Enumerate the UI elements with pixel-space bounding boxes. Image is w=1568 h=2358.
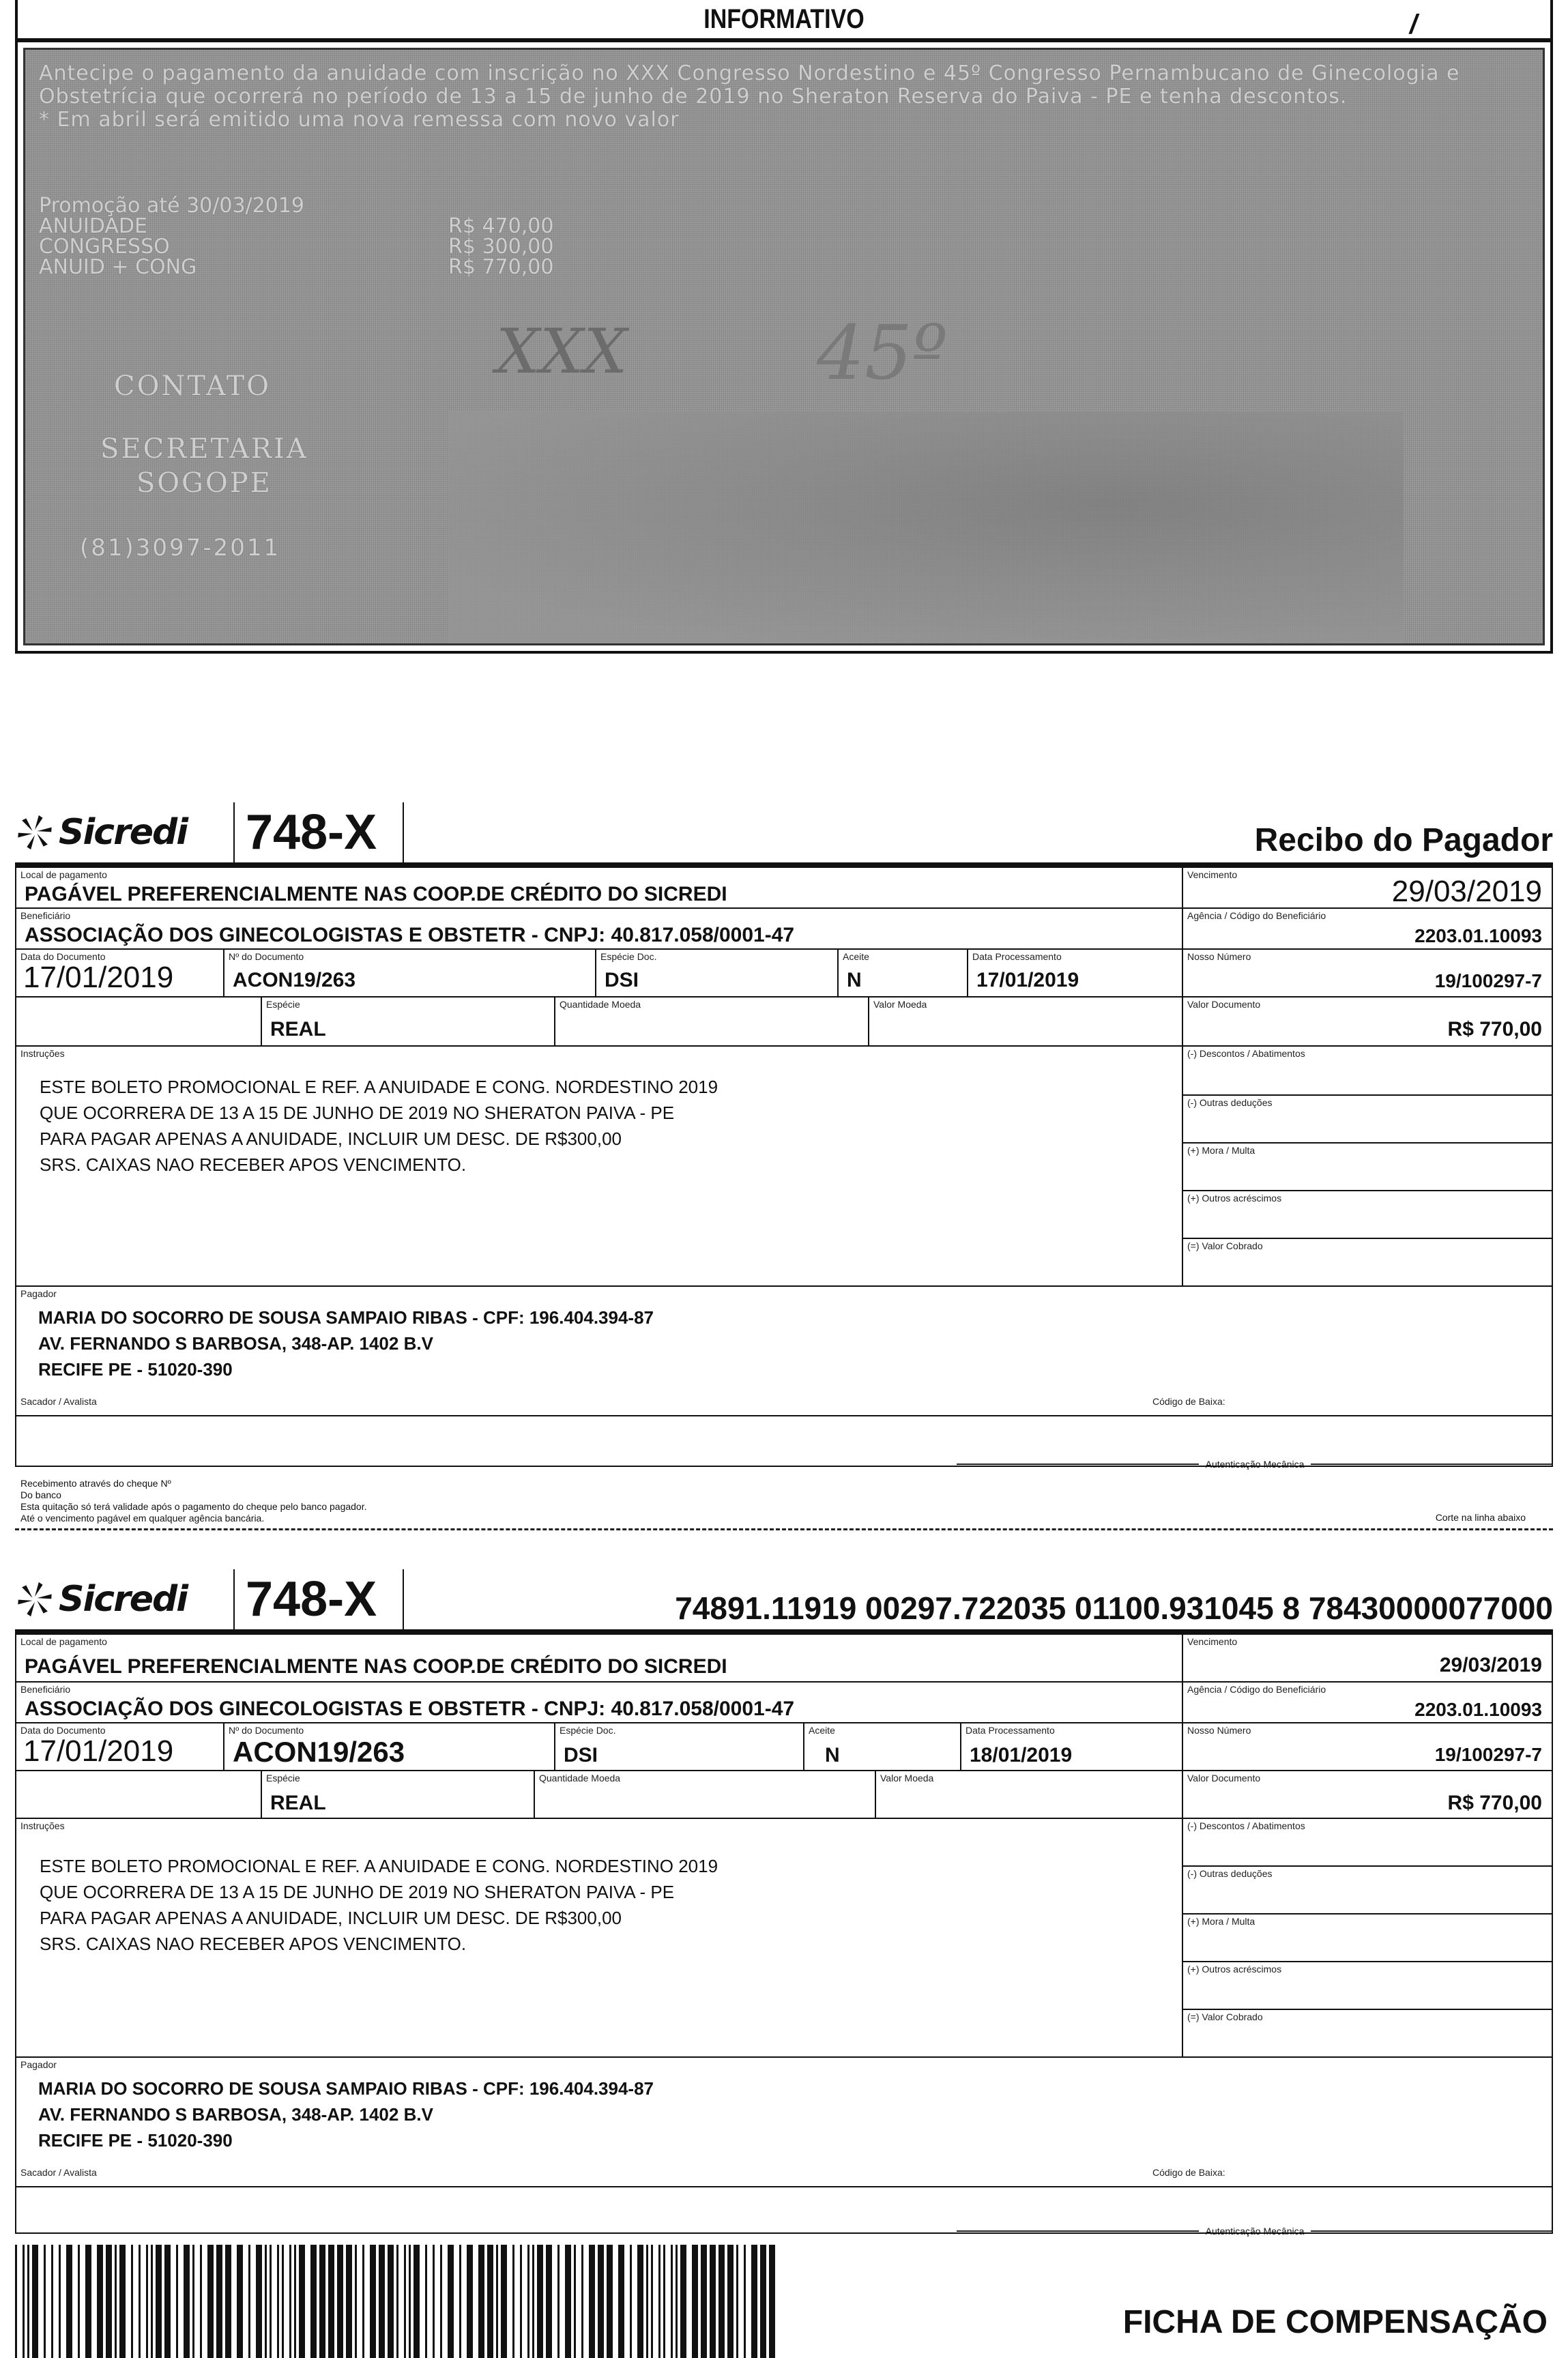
pagador-info: MARIA DO SOCORRO DE SOUSA SAMPAIO RIBAS …	[38, 2076, 654, 2153]
field-num-documento: Nº do Documento ACON19/263	[224, 1723, 555, 1771]
field-local-pagamento: Local de pagamento PAGÁVEL PREFERENCIALM…	[16, 868, 1183, 909]
field-aceite: Aceite N	[804, 1723, 961, 1771]
price-row: CONGRESSOR$ 300,00	[39, 237, 553, 257]
recibo-do-pagador: Sicredi 748-X Recibo do Pagador Local de…	[15, 802, 1553, 1526]
field-data-processamento: Data Processamento 18/01/2019	[961, 1723, 1183, 1771]
field-outros-acrescimos: (+) Outros acréscimos	[1183, 1962, 1552, 2010]
field-quantidade-moeda: Quantidade Moeda	[535, 1771, 876, 1819]
banner-xxx: XXX	[496, 316, 627, 388]
field-pagador: Pagador MARIA DO SOCORRO DE SOUSA SAMPAI…	[16, 2058, 1552, 2187]
field-aceite: Aceite N	[839, 950, 968, 998]
informativo-title: INFORMATIVO	[132, 4, 1435, 35]
field-beneficiario: Beneficiário ASSOCIAÇÃO DOS GINECOLOGIST…	[16, 1683, 1183, 1723]
price-row: ANUID + CONGR$ 770,00	[39, 257, 553, 278]
contact-label: CONTATO	[114, 370, 271, 402]
field-mora-multa: (+) Mora / Multa	[1183, 1144, 1552, 1191]
barcode	[15, 2245, 902, 2358]
cut-line	[15, 1528, 1553, 1530]
congress-banner-image: XXX 45º	[448, 309, 1472, 645]
field-vencimento: Vencimento 29/03/2019	[1183, 868, 1552, 909]
field-agencia: Agência / Código do Beneficiário 2203.01…	[1183, 1683, 1552, 1723]
recibo-header: Sicredi 748-X Recibo do Pagador	[15, 802, 1553, 864]
sicredi-logo: Sicredi	[15, 1572, 187, 1627]
field-descontos: (-) Descontos / Abatimentos	[1183, 1819, 1552, 1867]
field-local-pagamento: Local de pagamento PAGÁVEL PREFERENCIALM…	[16, 1635, 1183, 1683]
field-especie: Espécie REAL	[262, 998, 555, 1047]
field-valor-moeda: Valor Moeda	[876, 1771, 1183, 1819]
field-instrucoes: Instruções ESTE BOLETO PROMOCIONAL E REF…	[16, 1819, 1183, 2058]
autenticacao-mecanica: Autenticação Mecânica	[957, 1457, 1553, 1471]
field-valor-documento: Valor Documento R$ 770,00	[1183, 998, 1552, 1047]
instrucoes-text: ESTE BOLETO PROMOCIONAL E REF. A ANUIDAD…	[40, 1853, 718, 1957]
ficha-header: Sicredi 748-X 74891.11919 00297.722035 0…	[15, 1569, 1553, 1631]
field-valor-documento: Valor Documento R$ 770,00	[1183, 1771, 1552, 1819]
field-nosso-numero: Nosso Número 19/100297-7	[1183, 1723, 1552, 1771]
ficha-title: FICHA DE COMPENSAÇÃO	[1123, 2303, 1548, 2341]
field-agencia: Agência / Código do Beneficiário 2203.01…	[1183, 909, 1552, 950]
sicredi-pinwheel-icon	[15, 1580, 55, 1619]
promo-title: Promoção até 30/03/2019	[39, 196, 553, 216]
instrucoes-text: ESTE BOLETO PROMOCIONAL E REF. A ANUIDAD…	[40, 1074, 718, 1178]
field-especie-doc: Espécie Doc. DSI	[596, 950, 839, 998]
promo-flyer: Antecipe o pagamento da anuidade com ins…	[23, 48, 1545, 645]
field-empty	[16, 1771, 262, 1819]
contact-org: SECRETARIA SOGOPE	[100, 432, 308, 500]
promo-prices: Promoção até 30/03/2019 ANUIDADER$ 470,0…	[39, 196, 553, 278]
field-outras-deducoes: (-) Outras deduções	[1183, 1867, 1552, 1915]
recibo-title: Recibo do Pagador	[1255, 821, 1553, 859]
field-data-documento: Data do Documento 17/01/2019	[16, 950, 224, 998]
banner-45: 45º	[817, 309, 948, 396]
pagador-info: MARIA DO SOCORRO DE SOUSA SAMPAIO RIBAS …	[38, 1305, 654, 1382]
field-outros-acrescimos: (+) Outros acréscimos	[1183, 1191, 1552, 1239]
price-row: ANUIDADER$ 470,00	[39, 216, 553, 237]
recibo-fields: Local de pagamento PAGÁVEL PREFERENCIALM…	[15, 867, 1553, 1467]
field-especie: Espécie REAL	[262, 1771, 535, 1819]
field-nosso-numero: Nosso Número 19/100297-7	[1183, 950, 1552, 998]
promo-paragraph: Antecipe o pagamento da anuidade com ins…	[39, 62, 1526, 108]
field-data-processamento: Data Processamento 17/01/2019	[968, 950, 1183, 998]
field-data-documento: Data do Documento 17/01/2019	[16, 1723, 224, 1771]
ficha-fields: Local de pagamento PAGÁVEL PREFERENCIALM…	[15, 1633, 1553, 2234]
informativo-rule	[18, 38, 1550, 42]
sicredi-pinwheel-icon	[15, 813, 55, 852]
field-empty	[16, 998, 262, 1047]
linha-digitavel[interactable]: 74891.11919 00297.722035 01100.931045 8 …	[675, 1590, 1553, 1627]
field-pagador: Pagador MARIA DO SOCORRO DE SOUSA SAMPAI…	[16, 1287, 1552, 1416]
informativo-mark: /	[1410, 10, 1417, 40]
field-especie-doc: Espécie Doc. DSI	[555, 1723, 804, 1771]
field-quantidade-moeda: Quantidade Moeda	[555, 998, 869, 1047]
promo-text: Antecipe o pagamento da anuidade com ins…	[39, 62, 1526, 132]
bank-code: 748-X	[233, 1569, 404, 1629]
field-valor-moeda: Valor Moeda	[869, 998, 1183, 1047]
field-mora-multa: (+) Mora / Multa	[1183, 1915, 1552, 1962]
bank-code: 748-X	[233, 802, 404, 862]
autenticacao-mecanica: Autenticação Mecânica	[957, 2224, 1553, 2238]
field-outras-deducoes: (-) Outras deduções	[1183, 1096, 1552, 1144]
field-vencimento: Vencimento 29/03/2019	[1183, 1635, 1552, 1683]
sicredi-logo: Sicredi	[15, 805, 187, 860]
informativo-panel: INFORMATIVO / Antecipe o pagamento da an…	[15, 0, 1553, 654]
field-descontos: (-) Descontos / Abatimentos	[1183, 1047, 1552, 1096]
banner-photo	[448, 411, 1404, 643]
field-beneficiario: Beneficiário ASSOCIAÇÃO DOS GINECOLOGIST…	[16, 909, 1183, 950]
field-valor-cobrado: (=) Valor Cobrado	[1183, 1239, 1552, 1287]
ficha-de-compensacao: Sicredi 748-X 74891.11919 00297.722035 0…	[15, 1569, 1553, 2252]
promo-note: * Em abril será emitido uma nova remessa…	[39, 108, 1526, 132]
contact-phone: (81)3097-2011	[80, 534, 280, 562]
cheque-notes: Recebimento através do cheque Nº Do banc…	[20, 1478, 367, 1524]
field-num-documento: Nº do Documento ACON19/263	[224, 950, 596, 998]
corte-label: Corte na linha abaixo	[1436, 1512, 1526, 1524]
field-valor-cobrado: (=) Valor Cobrado	[1183, 2010, 1552, 2058]
field-instrucoes: Instruções ESTE BOLETO PROMOCIONAL E REF…	[16, 1047, 1183, 1287]
